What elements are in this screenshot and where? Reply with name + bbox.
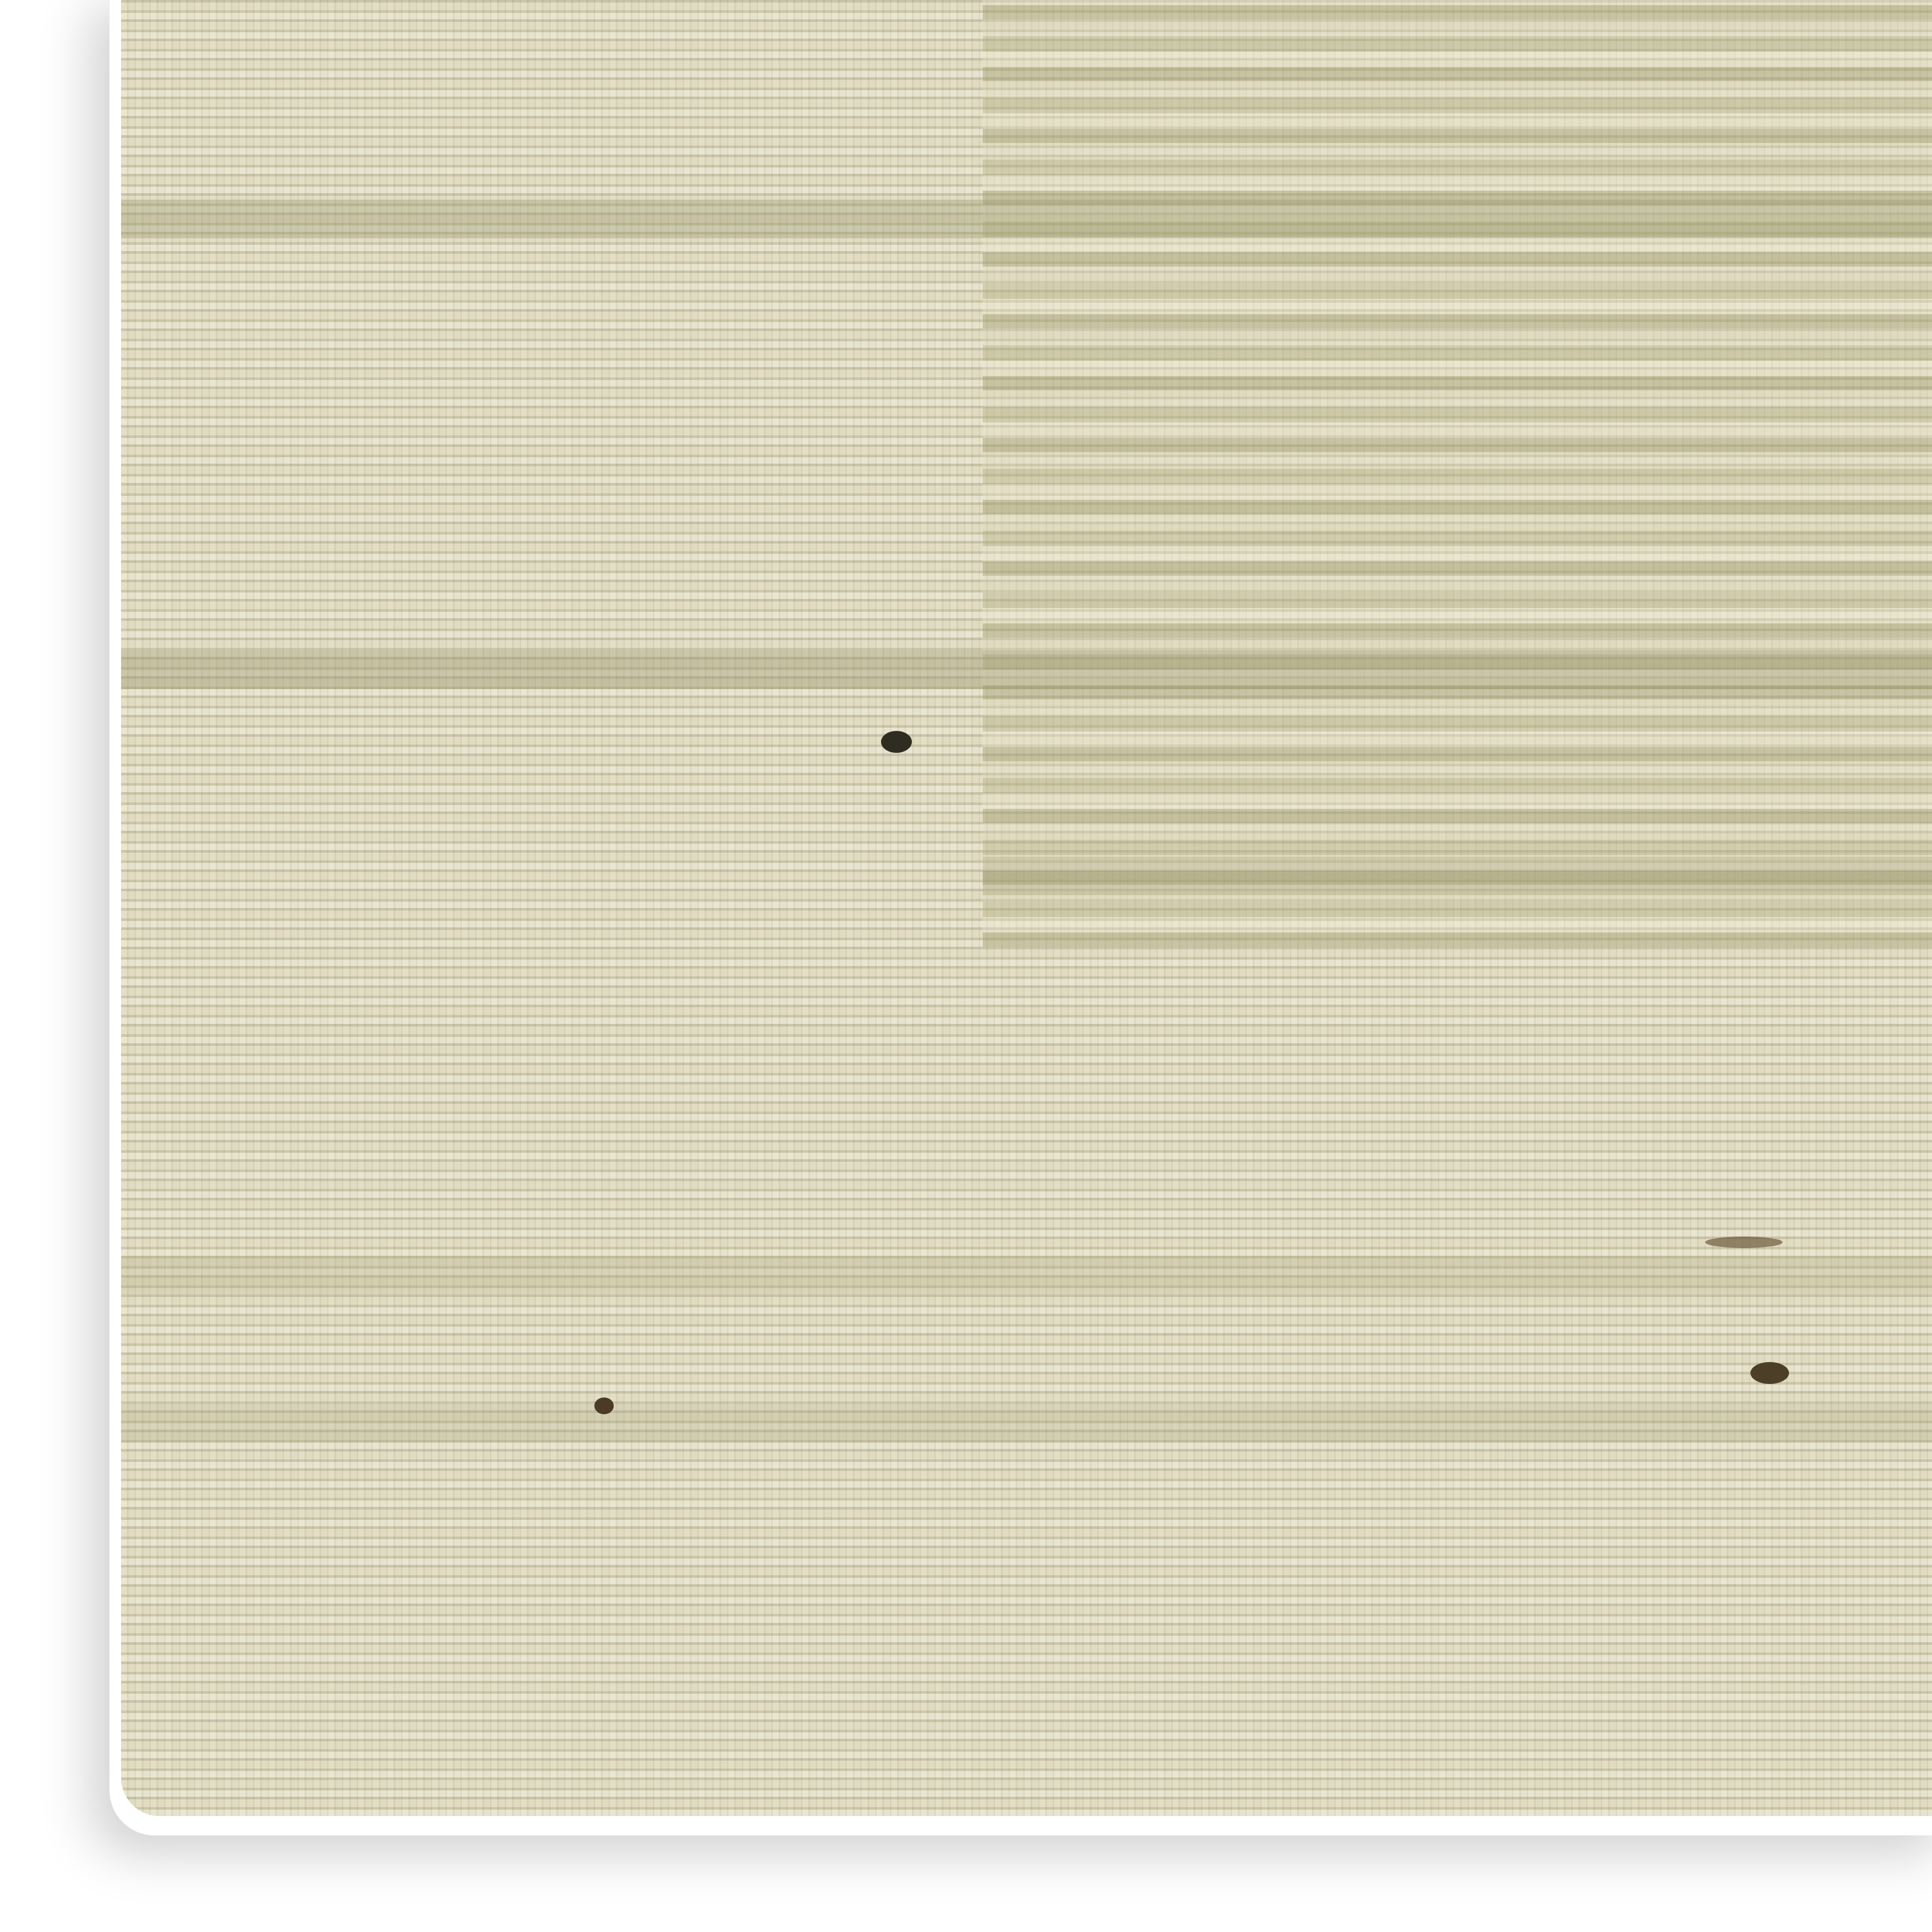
stripe-band xyxy=(121,1404,1932,1443)
dark-fleck xyxy=(881,731,912,753)
stripe-band xyxy=(983,857,1932,895)
stripe-band xyxy=(121,1256,1932,1294)
stripe-band xyxy=(121,650,1932,689)
photo-background xyxy=(0,0,1932,1932)
rug xyxy=(121,0,1932,1816)
dark-fleck xyxy=(1705,1236,1783,1248)
khaki-striped-block xyxy=(983,0,1932,947)
stripe-band xyxy=(121,200,1932,238)
dark-fleck xyxy=(594,1397,614,1414)
dark-fleck xyxy=(1750,1362,1789,1384)
